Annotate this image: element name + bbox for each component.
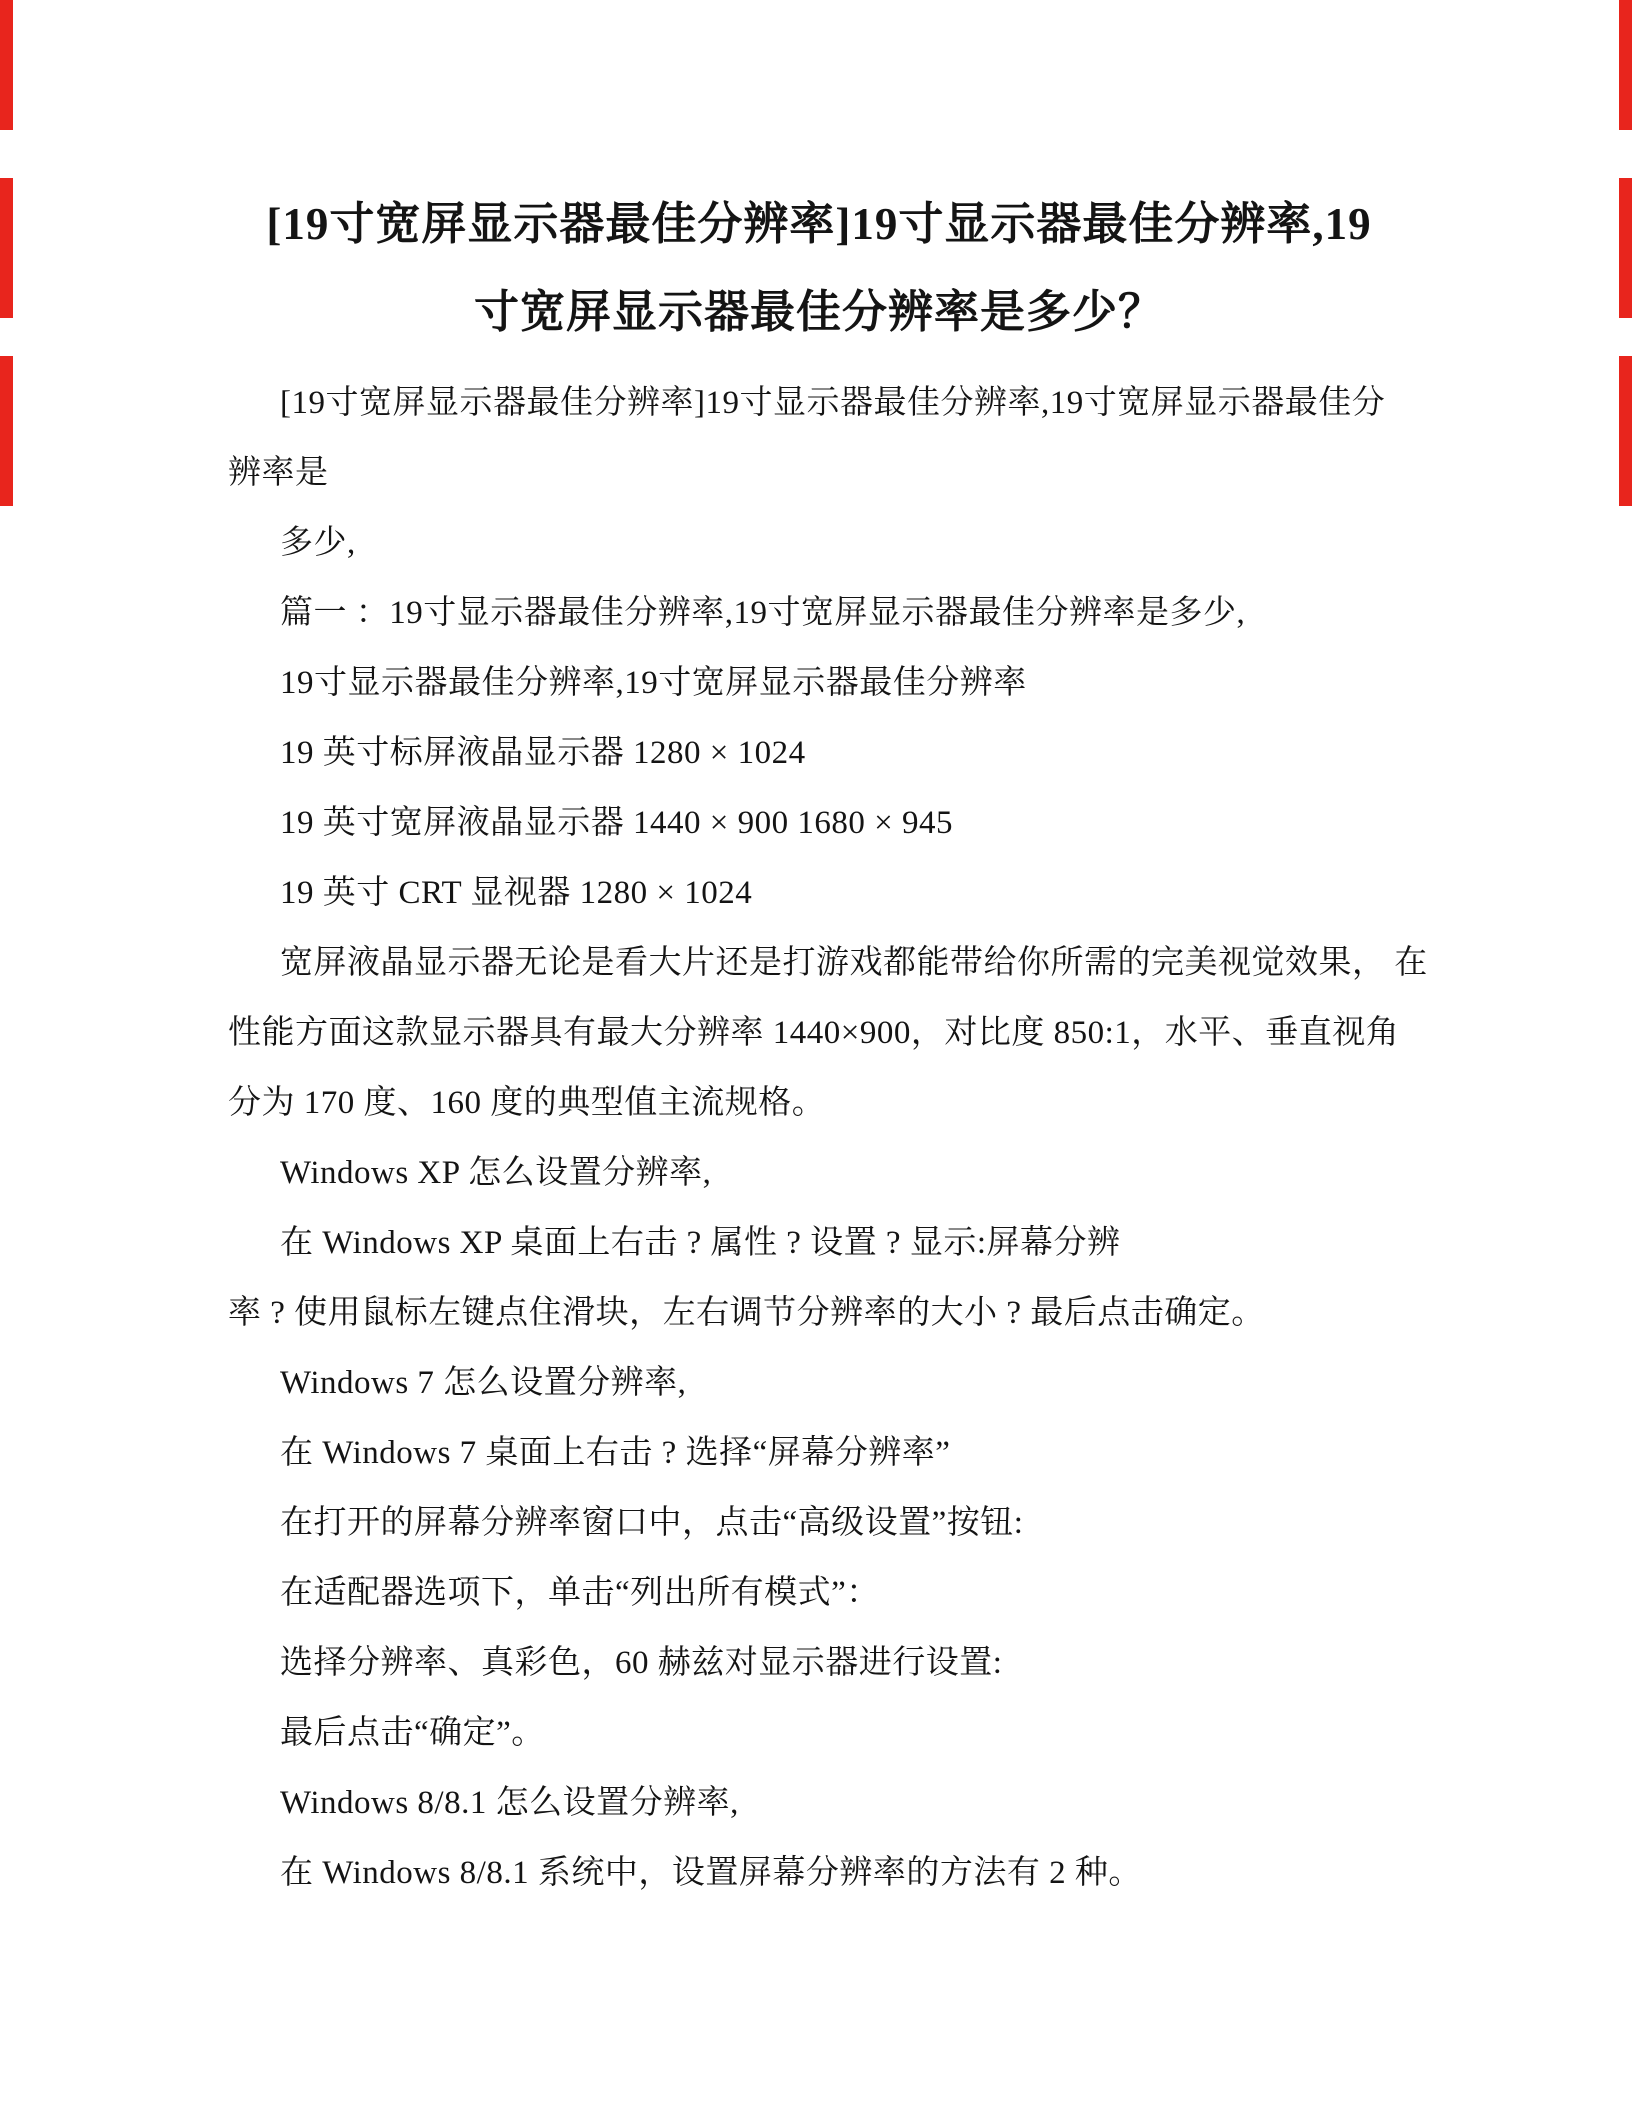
body-line: Windows 7 怎么设置分辨率, — [228, 1348, 1410, 1418]
body-line: Windows XP 怎么设置分辨率, — [228, 1138, 1410, 1208]
body-line: 19 英寸宽屏液晶显示器 1440 × 900 1680 × 945 — [228, 788, 1410, 858]
body-line: 19 英寸 CRT 显视器 1280 × 1024 — [228, 858, 1410, 928]
document-body: [19寸宽屏显示器最佳分辨率]19寸显示器最佳分辨率,19寸宽屏显示器最佳分辨率… — [0, 368, 1632, 1908]
body-line: 性能方面这款显示器具有最大分辨率 1440×900，对比度 850:1，水平、垂… — [228, 998, 1410, 1068]
body-line: 率 ? 使用鼠标左键点住滑块，左右调节分辨率的大小 ? 最后点击确定。 — [228, 1278, 1410, 1348]
body-line: 在适配器选项下，单击“列出所有模式”： — [228, 1558, 1410, 1628]
title-line: [19寸宽屏显示器最佳分辨率]19寸显示器最佳分辨率,19 — [228, 180, 1410, 268]
body-line: 篇一 ：19寸显示器最佳分辨率,19寸宽屏显示器最佳分辨率是多少, — [228, 578, 1410, 648]
page-title: [19寸宽屏显示器最佳分辨率]19寸显示器最佳分辨率,19寸宽屏显示器最佳分辨率… — [0, 0, 1632, 356]
body-line: 在 Windows 8/8.1 系统中，设置屏幕分辨率的方法有 2 种。 — [228, 1838, 1410, 1908]
body-line: 多少, — [228, 508, 1410, 578]
body-line: 选择分辨率、真彩色，60 赫兹对显示器进行设置: — [228, 1628, 1410, 1698]
body-line: 在打开的屏幕分辨率窗口中，点击“高级设置”按钮: — [228, 1488, 1410, 1558]
body-line: 19 英寸标屏液晶显示器 1280 × 1024 — [228, 718, 1410, 788]
body-line: 在 Windows XP 桌面上右击 ? 属性 ? 设置 ? 显示:屏幕分辨 — [228, 1208, 1410, 1278]
body-line: 最后点击“确定”。 — [228, 1698, 1410, 1768]
body-line: Windows 8/8.1 怎么设置分辨率, — [228, 1768, 1410, 1838]
body-line: 在 Windows 7 桌面上右击 ? 选择“屏幕分辨率” — [228, 1418, 1410, 1488]
body-line: [19寸宽屏显示器最佳分辨率]19寸显示器最佳分辨率,19寸宽屏显示器最佳分 — [228, 368, 1410, 438]
body-line: 19寸显示器最佳分辨率,19寸宽屏显示器最佳分辨率 — [228, 648, 1410, 718]
body-line: 宽屏液晶显示器无论是看大片还是打游戏都能带给你所需的完美视觉效果， 在 — [228, 928, 1410, 998]
title-line: 寸宽屏显示器最佳分辨率是多少？ — [228, 268, 1410, 356]
body-line: 分为 170 度、160 度的典型值主流规格。 — [228, 1068, 1410, 1138]
document-page: [19寸宽屏显示器最佳分辨率]19寸显示器最佳分辨率,19寸宽屏显示器最佳分辨率… — [0, 0, 1632, 2112]
body-line: 辨率是 — [228, 438, 1410, 508]
